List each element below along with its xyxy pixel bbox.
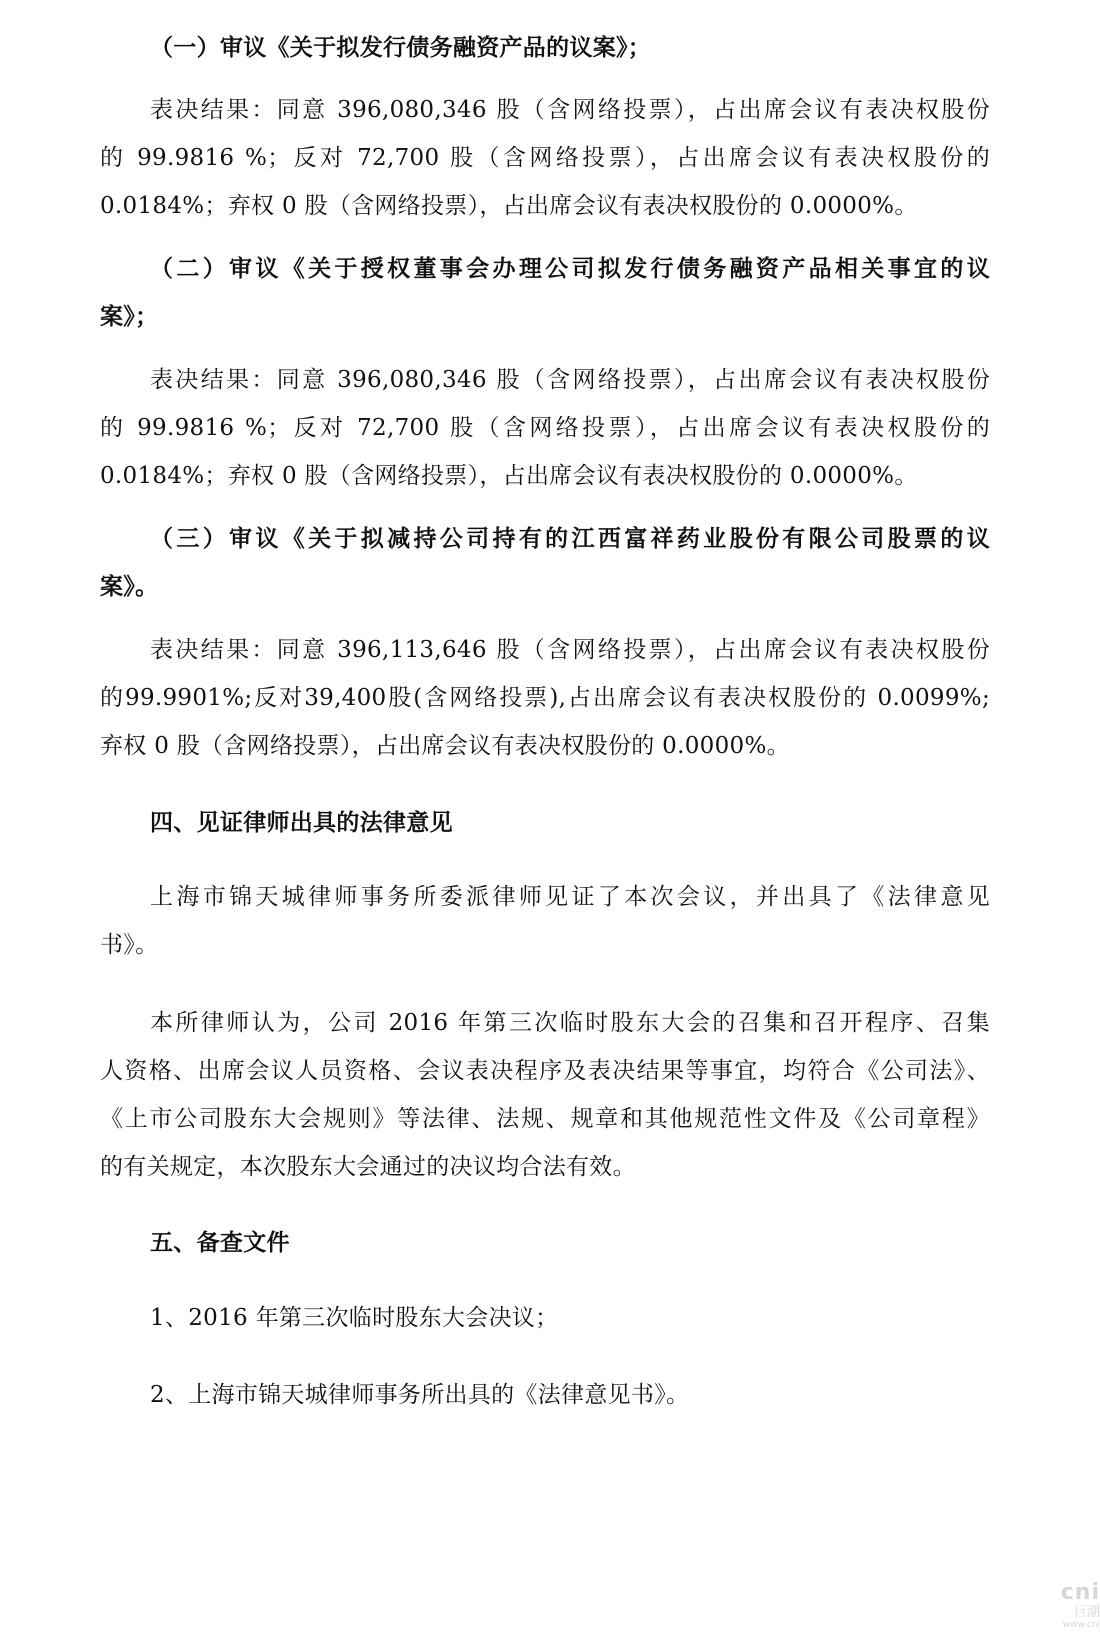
- section-5-heading: 五、备查文件: [150, 1228, 990, 1258]
- motion-2-result-line-1: 表决结果：同意 396,080,346 股（含网络投票），占出席会议有表决权股份: [150, 365, 990, 395]
- watermark-cn: 巨潮: [1030, 1606, 1100, 1619]
- section-4-heading: 四、见证律师出具的法律意见: [150, 808, 990, 838]
- motion-2-result-line-3: 0.0184%；弃权 0 股（含网络投票），占出席会议有表决权股份的 0.000…: [100, 461, 990, 491]
- motion-3-result-line-3: 弃权 0 股（含网络投票），占出席会议有表决权股份的 0.0000%。: [100, 731, 990, 761]
- motion-3-result-line-1: 表决结果：同意 396,113,646 股（含网络投票），占出席会议有表决权股份: [150, 635, 990, 665]
- reference-doc-1: 1、2016 年第三次临时股东大会决议；: [150, 1303, 990, 1333]
- motion-3-heading-line-1: （三）审议《关于拟减持公司持有的江西富祥药业股份有限公司股票的议: [150, 524, 990, 554]
- section-4-para-2-line-2: 人资格、出席会议人员资格、会议表决程序及表决结果等事宜，均符合《公司法》、: [100, 1056, 990, 1086]
- cninfo-watermark: cni 巨潮 www.cni: [1030, 1582, 1100, 1630]
- section-4-para-1-line-2: 书》。: [100, 930, 990, 960]
- motion-3-result-line-2: 的99.9901%;反对39,400股(含网络投票),占出席会议有表决权股份的 …: [100, 683, 990, 713]
- watermark-url: www.cni: [1030, 1621, 1100, 1630]
- motion-1-result-line-3: 0.0184%；弃权 0 股（含网络投票），占出席会议有表决权股份的 0.000…: [100, 191, 990, 221]
- motion-1-result-line-1: 表决结果：同意 396,080,346 股（含网络投票），占出席会议有表决权股份: [150, 95, 990, 125]
- motion-2-result-line-2: 的 99.9816 %；反对 72,700 股（含网络投票），占出席会议有表决权…: [100, 413, 990, 443]
- motion-2-heading-line-2: 案》；: [100, 302, 990, 332]
- section-4-para-1-line-1: 上海市锦天城律师事务所委派律师见证了本次会议，并出具了《法律意见: [150, 882, 990, 912]
- motion-1-heading: （一）审议《关于拟发行债务融资产品的议案》；: [150, 33, 990, 63]
- watermark-brand: cni: [1030, 1582, 1100, 1604]
- section-4-para-2-line-4: 的有关规定，本次股东大会通过的决议均合法有效。: [100, 1152, 990, 1182]
- motion-3-heading-line-2: 案》。: [100, 572, 990, 602]
- reference-doc-2: 2、上海市锦天城律师事务所出具的《法律意见书》。: [150, 1380, 990, 1410]
- motion-2-heading-line-1: （二）审议《关于授权董事会办理公司拟发行债务融资产品相关事宜的议: [150, 254, 990, 284]
- motion-1-result-line-2: 的 99.9816 %；反对 72,700 股（含网络投票），占出席会议有表决权…: [100, 143, 990, 173]
- section-4-para-2-line-3: 《上市公司股东大会规则》等法律、法规、规章和其他规范性文件及《公司章程》: [100, 1104, 990, 1134]
- section-4-para-2-line-1: 本所律师认为，公司 2016 年第三次临时股东大会的召集和召开程序、召集: [150, 1008, 990, 1038]
- document-page: （一）审议《关于拟发行债务融资产品的议案》； 表决结果：同意 396,080,3…: [0, 0, 1100, 1634]
